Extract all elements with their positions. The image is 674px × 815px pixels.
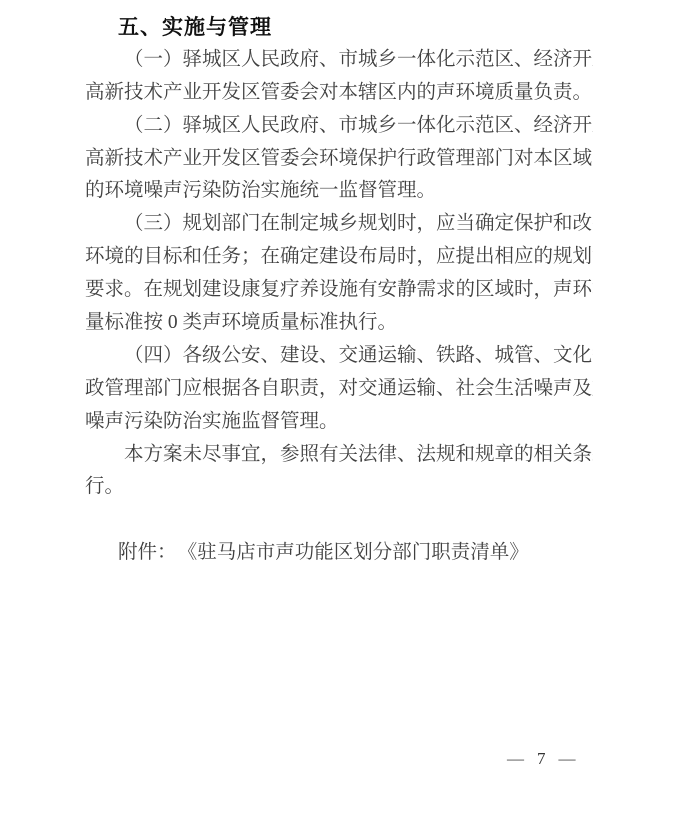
paragraph-4: （四）各级公安、建设、交通运输、铁路、城管、文化等行 政管理部门应根据各自职责，… <box>85 340 593 439</box>
section-heading: 五、实施与管理 <box>85 11 593 44</box>
text-line: 本方案未尽事宜，参照有关法律、法规和规章的相关条款执 <box>85 439 593 472</box>
text-line: 的环境噪声污染防治实施统一监督管理。 <box>85 175 593 208</box>
text-line: 环境的目标和任务；在确定建设布局时，应提出相应的规划设计 <box>85 241 593 274</box>
text-line: 高新技术产业开发区管委会对本辖区内的声环境质量负责。 <box>85 77 593 110</box>
paragraph-3: （三）规划部门在制定城乡规划时，应当确定保护和改善声 环境的目标和任务；在确定建… <box>85 208 593 340</box>
text-line: （二）驿城区人民政府、市城乡一体化示范区、经济开发区、 <box>85 110 593 143</box>
text-line: （四）各级公安、建设、交通运输、铁路、城管、文化等行 <box>85 340 593 373</box>
text-line: 政管理部门应根据各自职责，对交通运输、社会生活噪声及施工 <box>85 373 593 406</box>
text-line: 要求。在规划建设康复疗养设施有安静需求的区域时，声环境质 <box>85 274 593 307</box>
paragraph-5: 本方案未尽事宜，参照有关法律、法规和规章的相关条款执 行。 <box>85 439 593 505</box>
footer-dash-right: — <box>559 749 576 769</box>
document-body: 五、实施与管理 （一）驿城区人民政府、市城乡一体化示范区、经济开发区、 高新技术… <box>85 11 593 570</box>
attachment-label: 附件： <box>118 542 177 563</box>
text-line: （一）驿城区人民政府、市城乡一体化示范区、经济开发区、 <box>85 44 593 77</box>
text-line: 噪声污染防治实施监督管理。 <box>85 406 593 439</box>
attachment-title: 《驻马店市声功能区划分部门职责清单》 <box>188 542 529 563</box>
footer-dash-left: — <box>507 749 524 769</box>
attachment-line: 附件：《驻马店市声功能区划分部门职责清单》 <box>85 537 593 570</box>
text-line: 高新技术产业开发区管委会环境保护行政管理部门对本区域内 <box>85 143 593 176</box>
page-number: 7 <box>537 749 546 769</box>
paragraph-1: （一）驿城区人民政府、市城乡一体化示范区、经济开发区、 高新技术产业开发区管委会… <box>85 44 593 110</box>
text-line: 行。 <box>85 471 593 504</box>
text-line: （三）规划部门在制定城乡规划时，应当确定保护和改善声 <box>85 208 593 241</box>
text-line: 量标准按 0 类声环境质量标准执行。 <box>85 307 593 340</box>
document-page: 五、实施与管理 （一）驿城区人民政府、市城乡一体化示范区、经济开发区、 高新技术… <box>0 0 674 815</box>
page-footer: — 7 — <box>507 749 576 769</box>
paragraph-2: （二）驿城区人民政府、市城乡一体化示范区、经济开发区、 高新技术产业开发区管委会… <box>85 110 593 209</box>
